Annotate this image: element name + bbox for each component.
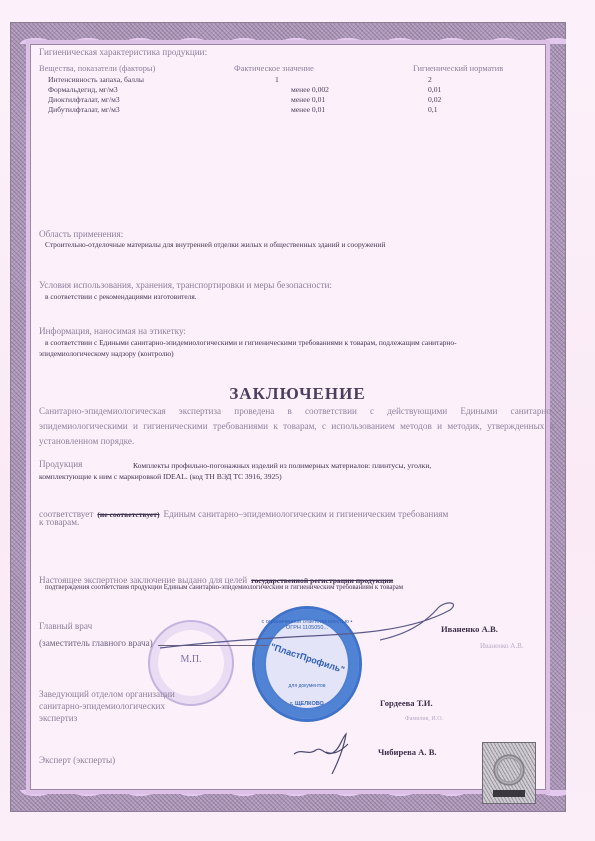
row-actual: менее 0,01 [291,95,325,104]
stamp-company-name: "ПластПрофиль" [269,642,344,675]
label-info-line1: в соответствии с Едиными санитарно-эпиде… [45,338,457,347]
row-substance: Формальдегид, мг/м3 [48,85,118,94]
row-norm: 0,02 [428,95,441,104]
scope-label: Область применения: [39,229,123,239]
column-header-norm: Гигиенический норматив [413,64,503,73]
row-norm: 0,1 [428,105,438,114]
product-label: Продукция [39,459,82,469]
complies-statement: соответствует (не соответствует) Единым … [39,504,448,522]
label-info-label: Информация, наносимая на этикетку: [39,326,186,336]
scope-text: Строительно-отделочные материалы для вну… [45,240,385,249]
signature-line [158,645,268,646]
stamp-docs-text: для документов [255,683,359,689]
row-actual: менее 0,002 [291,85,329,94]
stamp-ring-text: с ограниченной ответственностью • ОГРН 1… [255,619,359,631]
chief-doctor-name: Иваненко А.В. [441,624,498,634]
conclusion-title: ЗАКЛЮЧЕНИЕ [0,384,595,404]
row-substance: Диоктилфталат, мг/м3 [48,95,120,104]
expert-signature [290,730,370,780]
label-info-line2: эпидемиологическому надзору (контролю) [39,349,174,358]
department-head-label-1: Заведующий отделом организации [39,689,175,699]
row-actual: 1 [275,75,279,84]
stamp-city-text: г. ЩЕЛКОВО [255,701,359,707]
hologram-label [493,790,525,797]
document-content: Гигиеническая характеристика продукции: … [0,0,595,841]
chief-doctor-name-faint: Иваненко А.В. [480,642,524,650]
department-head-name: Гордеева Т.И. [380,698,433,708]
company-stamp: с ограниченной ответственностью • ОГРН 1… [252,606,362,722]
expert-label: Эксперт (эксперты) [39,755,115,765]
complies-suffix: Единым санитарно–эпидемиологическим и ги… [164,509,449,519]
stamp-mp-text: М.П. [150,654,232,665]
department-head-label-2: санитарно-эпидемиологических [39,701,165,711]
security-hologram [482,742,536,804]
row-norm: 0,01 [428,85,441,94]
usage-conditions-label: Условия использования, хранения, транспо… [39,280,332,290]
column-header-actual: Фактическое значение [234,64,314,73]
product-line1: Комплекты профильно-погонажных изделий и… [133,461,431,470]
complies-struck: (не соответствует) [97,510,159,519]
deputy-label: (заместитель главного врача) [39,638,153,648]
complies-line2: к товарам. [39,517,79,527]
row-actual: менее 0,01 [291,105,325,114]
row-norm: 2 [428,75,432,84]
row-substance: Интенсивность запаха, баллы [48,75,144,84]
issued-line2: подтверждения соответствия продукции Еди… [45,584,403,591]
department-head-label-3: экспертиз [39,713,77,723]
usage-conditions-text: в соответствии с рекомендациями изготови… [45,292,197,301]
product-line2: комплектующие к ним с маркировкой IDEAL.… [39,472,282,481]
expert-name: Чибирева А. В. [378,747,437,757]
row-substance: Дибутилфталат, мг/м3 [48,105,120,114]
column-header-substances: Вещества, показатели (факторы) [39,64,155,73]
hygienic-heading: Гигиеническая характеристика продукции: [39,47,207,57]
conclusion-paragraph: Санитарно-эпидемиологическая экспертиза … [39,404,554,449]
chief-doctor-label: Главный врач [39,621,92,631]
department-head-name-faint: Фамилия, И.О. [405,716,443,722]
